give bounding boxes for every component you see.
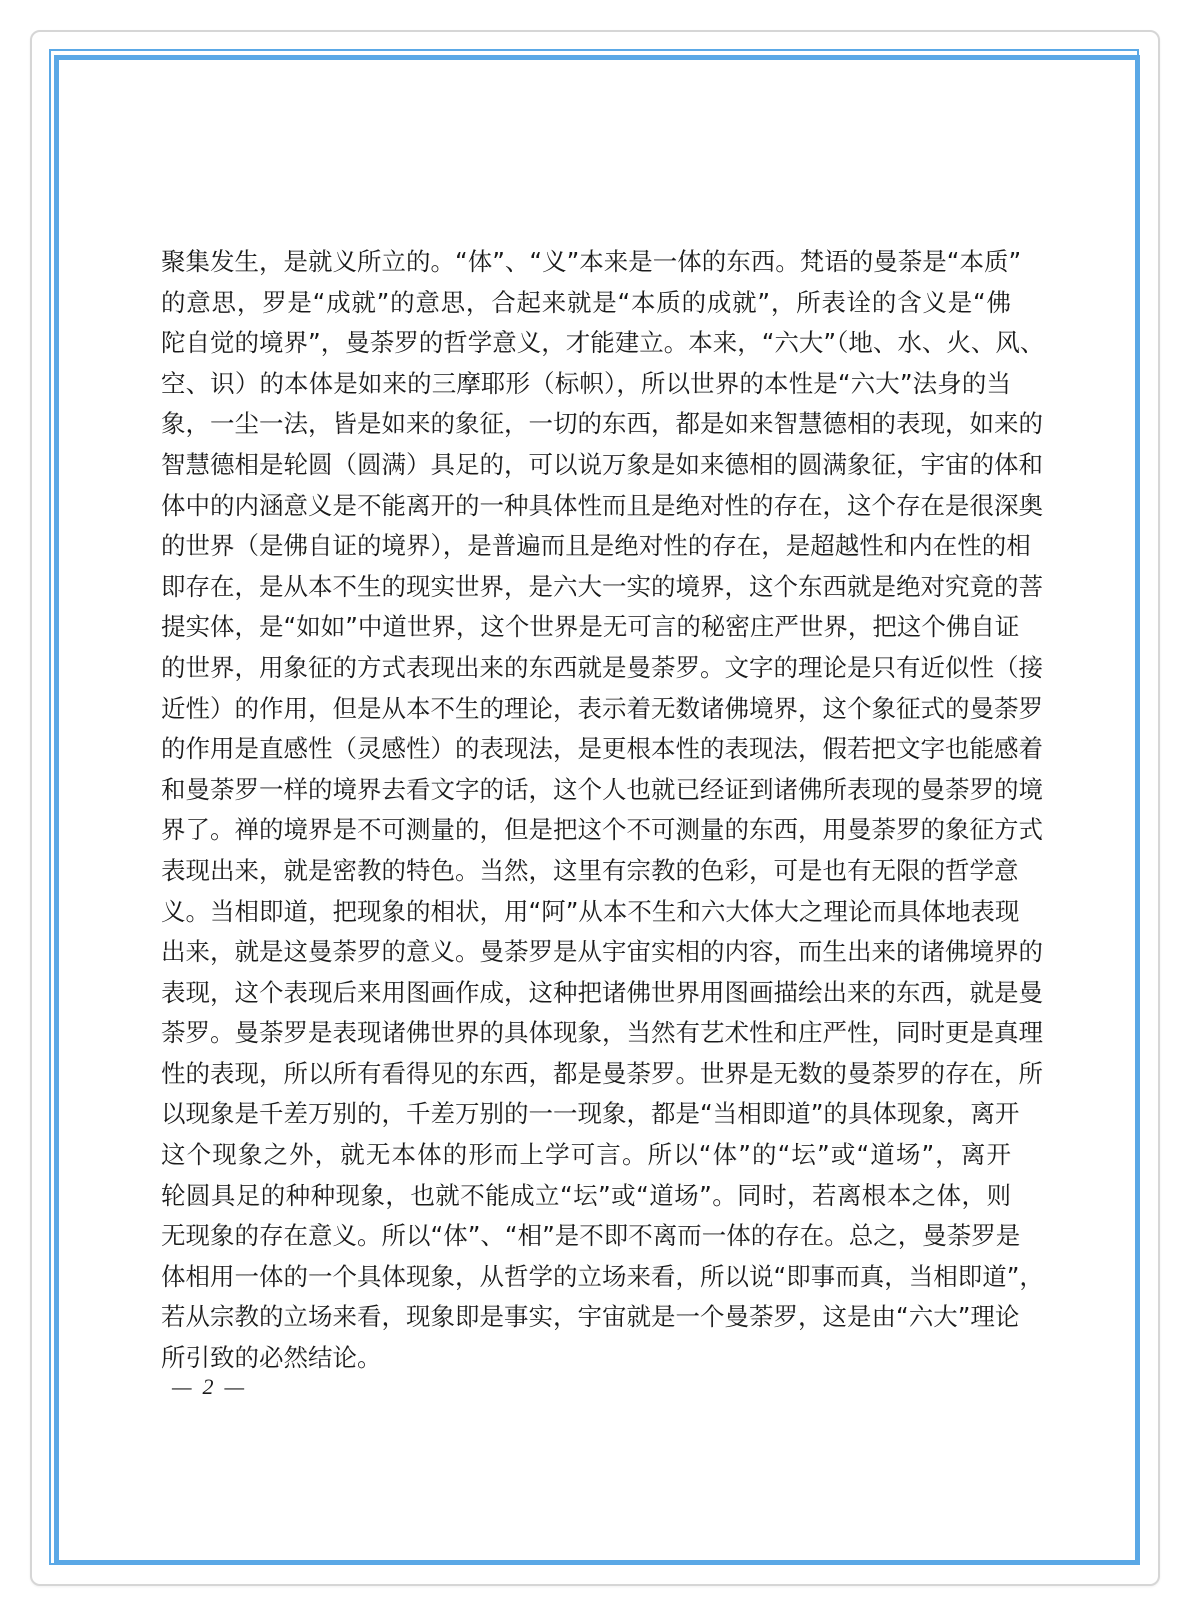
text-line: 和曼荼罗一样的境界去看文字的话，这个人也就已经证到诸佛所表现的曼荼罗的境 xyxy=(161,770,1011,811)
text-line: 的世界，用象征的方式表现出来的东西就是曼荼罗。文字的理论是只有近似性（接 xyxy=(161,648,1011,689)
text-line: 提实体，是“如如”中道世界，这个世界是无可言的秘密庄严世界，把这个佛自证 xyxy=(161,607,1011,648)
text-line: 体中的内涵意义是不能离开的一种具体性而且是绝对性的存在，这个存在是很深奥 xyxy=(161,486,1011,527)
text-line-last: 所引致的必然结论。 xyxy=(161,1338,1011,1379)
text-line: 象，一尘一法，皆是如来的象征，一切的东西，都是如来智慧德相的表现，如来的 xyxy=(161,404,1011,445)
text-line: 无现象的存在意义。所以“体”、“相”是不即不离而一体的存在。总之，曼荼罗是 xyxy=(161,1216,1011,1257)
text-line: 表现，这个表现后来用图画作成，这种把诸佛世界用图画描绘出来的东西，就是曼 xyxy=(161,973,1011,1014)
text-line: 的作用是直感性（灵感性）的表现法，是更根本性的表现法，假若把文字也能感着 xyxy=(161,729,1011,770)
text-line: 空、识）的本体是如来的三摩耶形（标帜），所以世界的本性是“六大”法身的当 xyxy=(161,364,1011,405)
document-body: 聚集发生，是就义所立的。“体”、“义”本来是一体的东西。梵语的曼荼是“本质” 的… xyxy=(161,242,1021,1379)
text-line: 的意思，罗是“成就”的意思，合起来就是“本质的成就”，所表诠的含义是“佛 xyxy=(161,283,1011,324)
text-line: 即存在，是从本不生的现实世界，是六大一实的境界，这个东西就是绝对究竟的菩 xyxy=(161,567,1011,608)
text-line: 的世界（是佛自证的境界），是普遍而且是绝对性的存在，是超越性和内在性的相 xyxy=(161,526,1011,567)
text-line: 荼罗。曼荼罗是表现诸佛世界的具体现象，当然有艺术性和庄严性，同时更是真理 xyxy=(161,1013,1011,1054)
text-line: 聚集发生，是就义所立的。“体”、“义”本来是一体的东西。梵语的曼荼是“本质” xyxy=(161,242,1011,283)
text-line: 轮圆具足的种种现象，也就不能成立“坛”或“道场”。同时，若离根本之体，则 xyxy=(161,1176,1011,1217)
page-number: — 2 — xyxy=(172,1374,244,1400)
text-line: 陀自觉的境界”，曼荼罗的哲学意义，才能建立。本来，“六大”（地、水、火、风、 xyxy=(161,323,1011,364)
text-line: 出来，就是这曼荼罗的意义。曼荼罗是从宇宙实相的内容，而生出来的诸佛境界的 xyxy=(161,932,1011,973)
text-line: 以现象是千差万别的，千差万别的一一现象，都是“当相即道”的具体现象，离开 xyxy=(161,1094,1011,1135)
text-line: 这个现象之外，就无本体的形而上学可言。所以“体”的“坛”或“道场”，离开 xyxy=(161,1135,1011,1176)
text-line: 界了。禅的境界是不可测量的，但是把这个不可测量的东西，用曼荼罗的象征方式 xyxy=(161,810,1011,851)
text-line: 表现出来，就是密教的特色。当然，这里有宗教的色彩，可是也有无限的哲学意 xyxy=(161,851,1011,892)
text-line: 近性）的作用，但是从本不生的理论，表示着无数诸佛境界，这个象征式的曼荼罗 xyxy=(161,689,1011,730)
text-line: 体相用一体的一个具体现象，从哲学的立场来看，所以说“即事而真，当相即道”， xyxy=(161,1257,1011,1298)
text-line: 义。当相即道，把现象的相状，用“阿”从本不生和六大体大之理论而具体地表现 xyxy=(161,892,1011,933)
text-line: 智慧德相是轮圆（圆满）具足的，可以说万象是如来德相的圆满象征，宇宙的体和 xyxy=(161,445,1011,486)
text-line: 若从宗教的立场来看，现象即是事实，宇宙就是一个曼荼罗，这是由“六大”理论 xyxy=(161,1297,1011,1338)
text-line: 性的表现，所以所有看得见的东西，都是曼荼罗。世界是无数的曼荼罗的存在，所 xyxy=(161,1054,1011,1095)
